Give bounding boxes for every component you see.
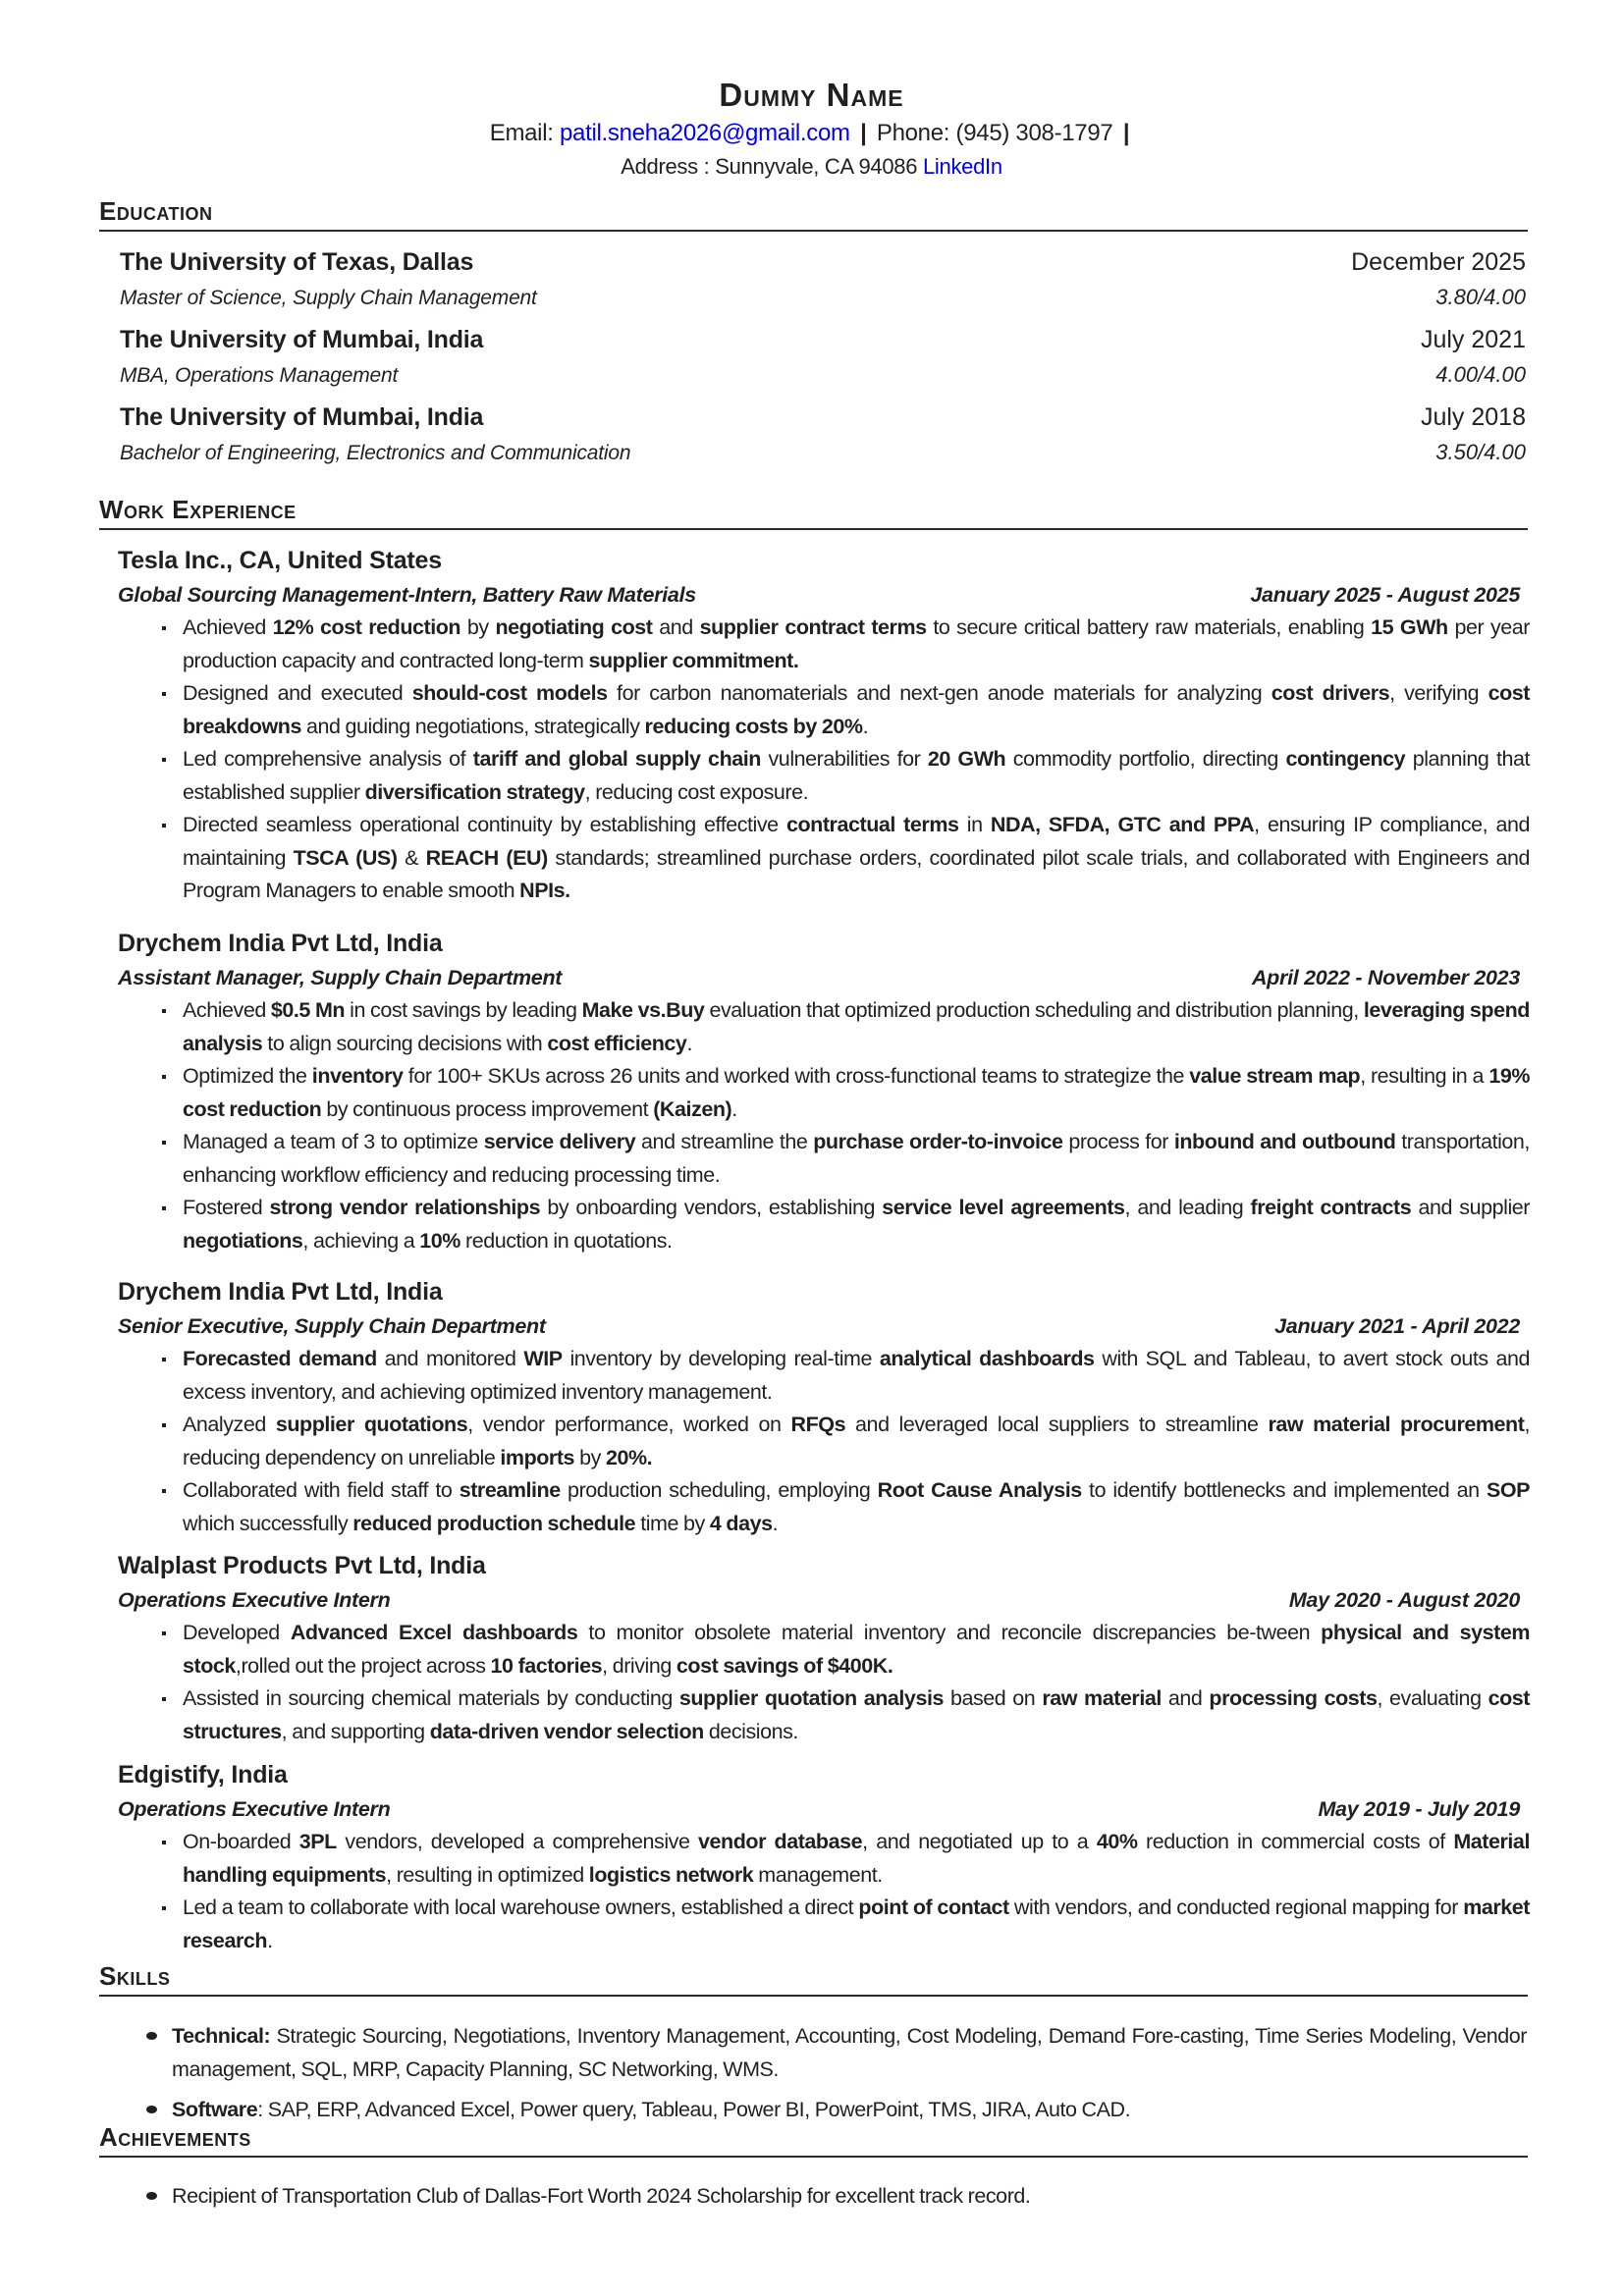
bold-text: supplier contract terms — [700, 615, 927, 639]
text: to align sourcing decisions with — [262, 1032, 547, 1055]
text: , and negotiated up to a — [862, 1830, 1097, 1853]
bold-text: inventory — [312, 1064, 404, 1088]
bold-text: service delivery — [484, 1130, 635, 1153]
job-title: Operations Executive Intern — [118, 1792, 390, 1826]
text: Developed — [183, 1621, 291, 1644]
graduation-date: July 2021 — [1421, 321, 1526, 358]
bold-text: streamline — [460, 1478, 561, 1502]
text: vendors, developed a comprehensive — [337, 1830, 698, 1853]
phone-number: (945) 308-1797 — [956, 120, 1113, 146]
bold-text: data-driven vendor selection — [430, 1720, 704, 1743]
job-entry: Walplast Products Pvt Ltd, IndiaOperatio… — [118, 1548, 1530, 1748]
school-name: The University of Mumbai, India — [120, 399, 483, 436]
bold-text: strong vendor relationships — [270, 1196, 541, 1219]
bullet-item: Collaborated with field staff to streaml… — [183, 1474, 1530, 1540]
bold-text: purchase order-to-invoice — [813, 1130, 1062, 1153]
job-entry: Tesla Inc., CA, United StatesGlobal Sour… — [118, 543, 1530, 908]
text: & — [398, 846, 426, 870]
education-row: The University of Mumbai, IndiaJuly 2018 — [120, 399, 1526, 436]
achievement-item: Recipient of Transportation Club of Dall… — [172, 2180, 1527, 2214]
job-dates: January 2021 - April 2022 — [1274, 1309, 1520, 1343]
job-title: Senior Executive, Supply Chain Departmen… — [118, 1309, 546, 1343]
linkedin-link[interactable]: LinkedIn — [923, 154, 1002, 179]
skill-item: Technical: Strategic Sourcing, Negotiati… — [172, 2020, 1527, 2086]
graduation-date: July 2018 — [1421, 399, 1526, 436]
address: Sunnyvale, CA 94086 — [715, 154, 917, 179]
section-title: Achievements — [99, 2122, 1528, 2156]
education-row: The University of Mumbai, IndiaJuly 2021 — [120, 321, 1526, 358]
job-dates: May 2020 - August 2020 — [1289, 1583, 1520, 1617]
text: ,rolled out the project across — [236, 1654, 491, 1678]
bullet-list: Achieved 12% cost reduction by negotiati… — [118, 612, 1530, 908]
bold-text: raw material procurement — [1268, 1413, 1524, 1436]
school-name: The University of Texas, Dallas — [120, 243, 473, 281]
text: to secure critical battery raw materials… — [927, 615, 1372, 639]
bold-text: processing costs — [1209, 1686, 1377, 1710]
text: reduction in quotations. — [460, 1229, 673, 1253]
job-entry: Drychem India Pvt Ltd, IndiaSenior Execu… — [118, 1274, 1530, 1540]
text: and supplier — [1411, 1196, 1530, 1219]
text: Fostered — [183, 1196, 270, 1219]
job-title-row: Operations Executive InternMay 2019 - Ju… — [118, 1792, 1530, 1826]
bullet-item: Developed Advanced Excel dashboards to m… — [183, 1617, 1530, 1682]
job-title-row: Operations Executive InternMay 2020 - Au… — [118, 1583, 1530, 1617]
bold-text: service level agreements — [882, 1196, 1124, 1219]
phone-label: Phone: — [877, 120, 949, 146]
bold-text: raw material — [1042, 1686, 1162, 1710]
text: , evaluating — [1378, 1686, 1488, 1710]
text: in cost savings by leading — [345, 998, 581, 1022]
job-title-row: Senior Executive, Supply Chain Departmen… — [118, 1309, 1530, 1343]
text: reduction in commercial costs of — [1138, 1830, 1454, 1853]
text: and guiding negotiations, strategically — [301, 715, 645, 738]
text: management. — [753, 1863, 883, 1887]
text: and streamline the — [635, 1130, 813, 1153]
bullet-list: Achieved $0.5 Mn in cost savings by lead… — [118, 994, 1530, 1257]
section-experience-heading: Work Experience — [99, 495, 1528, 530]
resume-page: Dummy Name Email: patil.sneha2026@gmail.… — [0, 0, 1623, 2296]
bold-text: 20%. — [606, 1446, 652, 1469]
text: which successfully — [183, 1512, 352, 1535]
bold-text: negotiating cost — [495, 615, 652, 639]
company-name: Drychem India Pvt Ltd, India — [118, 926, 1530, 961]
bold-text: diversification strategy — [365, 780, 585, 804]
text: Achieved — [183, 615, 273, 639]
separator: | — [860, 120, 866, 146]
bullet-list: On-boarded 3PL vendors, developed a comp… — [118, 1826, 1530, 1957]
job-title: Global Sourcing Management-Intern, Batte… — [118, 578, 696, 612]
bullet-item: Assisted in sourcing chemical materials … — [183, 1682, 1530, 1748]
achievements-list: Recipient of Transportation Club of Dall… — [172, 2180, 1527, 2221]
education-item: The University of Mumbai, IndiaJuly 2021… — [120, 321, 1526, 393]
bold-text: 40% — [1097, 1830, 1138, 1853]
education-list: The University of Texas, DallasDecember … — [120, 243, 1526, 476]
job-dates: April 2022 - November 2023 — [1252, 961, 1520, 994]
bold-text: supplier quotations — [276, 1413, 467, 1436]
text: Achieved — [183, 998, 271, 1022]
education-row: Master of Science, Supply Chain Manageme… — [120, 281, 1526, 315]
education-item: The University of Texas, DallasDecember … — [120, 243, 1526, 315]
gpa: 3.50/4.00 — [1435, 436, 1526, 469]
education-item: The University of Mumbai, IndiaJuly 2018… — [120, 399, 1526, 470]
bold-text: (Kaizen) — [653, 1097, 731, 1121]
bold-text: WIP — [523, 1347, 562, 1370]
text: , and supporting — [282, 1720, 430, 1743]
bold-text: 15 GWh — [1371, 615, 1448, 639]
text: Directed seamless operational continuity… — [183, 813, 786, 836]
text: On-boarded — [183, 1830, 299, 1853]
text: time by — [635, 1512, 710, 1535]
bold-text: Make vs.Buy — [582, 998, 705, 1022]
bold-text: NPIs. — [519, 879, 570, 902]
section-skills-heading: Skills — [99, 1961, 1528, 1997]
bold-text: 20 GWh — [928, 747, 1005, 771]
job-title: Operations Executive Intern — [118, 1583, 390, 1617]
separator: | — [1123, 120, 1129, 146]
text: to identify bottlenecks and implemented … — [1082, 1478, 1487, 1502]
text: Managed a team of 3 to optimize — [183, 1130, 484, 1153]
text: , and leading — [1125, 1196, 1251, 1219]
text: vulnerabilities for — [761, 747, 928, 771]
company-name: Walplast Products Pvt Ltd, India — [118, 1548, 1530, 1583]
text: and — [1162, 1686, 1210, 1710]
bullet-item: Achieved $0.5 Mn in cost savings by lead… — [183, 994, 1530, 1060]
bullet-item: Optimized the inventory for 100+ SKUs ac… — [183, 1060, 1530, 1126]
text: with vendors, and conducted regional map… — [1009, 1896, 1463, 1919]
bold-text: TSCA (US) — [294, 846, 398, 870]
bold-text: 10 factories — [491, 1654, 603, 1678]
text: inventory by developing real-time — [563, 1347, 880, 1370]
text: . — [267, 1929, 273, 1952]
bold-text: point of contact — [858, 1896, 1008, 1919]
bold-text: value stream map — [1189, 1064, 1360, 1088]
bold-text: supplier commitment. — [588, 649, 798, 672]
bullet-item: Achieved 12% cost reduction by negotiati… — [183, 612, 1530, 677]
text: commodity portfolio, directing — [1005, 747, 1285, 771]
bold-text: analytical dashboards — [880, 1347, 1095, 1370]
job-dates: January 2025 - August 2025 — [1250, 578, 1520, 612]
bold-text: SOP — [1487, 1478, 1530, 1502]
section-title: Education — [99, 196, 1528, 230]
bold-text: $0.5 Mn — [271, 998, 345, 1022]
text: decisions. — [704, 1720, 798, 1743]
job-entry: Edgistify, IndiaOperations Executive Int… — [118, 1757, 1530, 1957]
text: and — [653, 615, 700, 639]
text: , achieving a — [302, 1229, 419, 1253]
text: production scheduling, employing — [561, 1478, 878, 1502]
text: , reducing cost exposure. — [585, 780, 808, 804]
section-education-heading: Education — [99, 196, 1528, 232]
bold-text: REACH (EU) — [426, 846, 548, 870]
text: in — [959, 813, 991, 836]
job-entry: Drychem India Pvt Ltd, IndiaAssistant Ma… — [118, 926, 1530, 1257]
company-name: Tesla Inc., CA, United States — [118, 543, 1530, 578]
education-row: Bachelor of Engineering, Electronics and… — [120, 436, 1526, 470]
bullet-item: Directed seamless operational continuity… — [183, 809, 1530, 908]
bold-text: should-cost models — [412, 681, 608, 705]
bullet-item: Forecasted demand and monitored WIP inve… — [183, 1343, 1530, 1409]
bold-text: Advanced Excel dashboards — [291, 1621, 578, 1644]
text: to monitor obsolete material inventory a… — [577, 1621, 1321, 1644]
bold-text: imports — [500, 1446, 574, 1469]
text: , resulting in optimized — [386, 1863, 589, 1887]
text: . — [773, 1512, 779, 1535]
job-dates: May 2019 - July 2019 — [1318, 1792, 1520, 1826]
text: : SAP, ERP, Advanced Excel, Power query,… — [257, 2098, 1130, 2121]
text: Led comprehensive analysis of — [183, 747, 473, 771]
bold-text: cost efficiency — [547, 1032, 686, 1055]
text: Strategic Sourcing, Negotiations, Invent… — [172, 2024, 1527, 2081]
text: , vendor performance, worked on — [467, 1413, 790, 1436]
contact-line: Email: patil.sneha2026@gmail.com | Phone… — [0, 120, 1623, 147]
bullet-item: Led a team to collaborate with local war… — [183, 1892, 1530, 1957]
address-line: Address : Sunnyvale, CA 94086 LinkedIn — [0, 154, 1623, 180]
text: for 100+ SKUs across 26 units and worked… — [404, 1064, 1190, 1088]
bold-text: reduced production schedule — [352, 1512, 635, 1535]
job-title: Assistant Manager, Supply Chain Departme… — [118, 961, 562, 994]
school-name: The University of Mumbai, India — [120, 321, 483, 358]
section-title: Skills — [99, 1961, 1528, 1995]
bold-text: contingency — [1285, 747, 1405, 771]
bold-text: 4 days — [710, 1512, 773, 1535]
email-link[interactable]: patil.sneha2026@gmail.com — [560, 120, 850, 146]
gpa: 4.00/4.00 — [1435, 358, 1526, 392]
bold-text: supplier quotation analysis — [679, 1686, 944, 1710]
text: for carbon nanomaterials and next-gen an… — [608, 681, 1271, 705]
text: Analyzed — [183, 1413, 276, 1436]
company-name: Drychem India Pvt Ltd, India — [118, 1274, 1530, 1309]
bold-text: logistics network — [589, 1863, 753, 1887]
bullet-list: Developed Advanced Excel dashboards to m… — [118, 1617, 1530, 1748]
bold-text: tariff and global supply chain — [473, 747, 761, 771]
education-row: MBA, Operations Management4.00/4.00 — [120, 358, 1526, 393]
bullet-item: On-boarded 3PL vendors, developed a comp… — [183, 1826, 1530, 1892]
section-achievements-heading: Achievements — [99, 2122, 1528, 2158]
candidate-name: Dummy Name — [0, 77, 1623, 114]
bold-text: cost savings of $400K. — [676, 1654, 893, 1678]
bold-text: NDA, SFDA, GTC and PPA — [991, 813, 1254, 836]
degree: Master of Science, Supply Chain Manageme… — [120, 282, 537, 315]
skills-list: Technical: Strategic Sourcing, Negotiati… — [172, 2020, 1527, 2135]
bullet-item: Designed and executed should-cost models… — [183, 677, 1530, 743]
text: and leveraged local suppliers to streaml… — [845, 1413, 1268, 1436]
address-label: Address : — [621, 154, 709, 179]
text: and monitored — [377, 1347, 524, 1370]
text: , driving — [602, 1654, 676, 1678]
text: based on — [944, 1686, 1042, 1710]
text: by continuous process improvement — [321, 1097, 653, 1121]
text: process for — [1063, 1130, 1174, 1153]
job-title-row: Global Sourcing Management-Intern, Batte… — [118, 578, 1530, 612]
text: evaluation that optimized production sch… — [704, 998, 1363, 1022]
bold-text: 10% — [419, 1229, 460, 1253]
job-title-row: Assistant Manager, Supply Chain Departme… — [118, 961, 1530, 994]
bold-text: Technical: — [172, 2024, 270, 2048]
bullet-item: Analyzed supplier quotations, vendor per… — [183, 1409, 1530, 1474]
bold-text: reducing costs by 20% — [645, 715, 863, 738]
graduation-date: December 2025 — [1351, 243, 1526, 281]
degree: MBA, Operations Management — [120, 359, 398, 393]
bullet-item: Fostered strong vendor relationships by … — [183, 1192, 1530, 1257]
text: Designed and executed — [183, 681, 412, 705]
bullet-list: Forecasted demand and monitored WIP inve… — [118, 1343, 1530, 1540]
text: Collaborated with field staff to — [183, 1478, 460, 1502]
bold-text: Forecasted demand — [183, 1347, 377, 1370]
company-name: Edgistify, India — [118, 1757, 1530, 1792]
text: Assisted in sourcing chemical materials … — [183, 1686, 679, 1710]
email-label: Email: — [490, 120, 554, 146]
text: , verifying — [1389, 681, 1488, 705]
education-row: The University of Texas, DallasDecember … — [120, 243, 1526, 281]
bold-text: inbound and outbound — [1174, 1130, 1396, 1153]
bold-text: cost drivers — [1271, 681, 1389, 705]
text: Led a team to collaborate with local war… — [183, 1896, 858, 1919]
text: . — [863, 715, 869, 738]
text: Recipient of Transportation Club of Dall… — [172, 2184, 1030, 2208]
bullet-item: Led comprehensive analysis of tariff and… — [183, 743, 1530, 809]
gpa: 3.80/4.00 — [1435, 281, 1526, 314]
text: . — [686, 1032, 692, 1055]
section-title: Work Experience — [99, 495, 1528, 528]
text: Optimized the — [183, 1064, 312, 1088]
text: by — [460, 615, 495, 639]
bold-text: freight contracts — [1251, 1196, 1412, 1219]
text: , resulting in a — [1360, 1064, 1488, 1088]
bold-text: 12% cost reduction — [273, 615, 461, 639]
degree: Bachelor of Engineering, Electronics and… — [120, 437, 630, 470]
bold-text: contractual terms — [786, 813, 959, 836]
bullet-item: Managed a team of 3 to optimize service … — [183, 1126, 1530, 1192]
bold-text: RFQs — [791, 1413, 846, 1436]
bold-text: Root Cause Analysis — [878, 1478, 1082, 1502]
bold-text: 3PL — [299, 1830, 337, 1853]
text: by onboarding vendors, establishing — [540, 1196, 882, 1219]
bold-text: Software — [172, 2098, 257, 2121]
text: . — [731, 1097, 737, 1121]
text: by — [574, 1446, 606, 1469]
bold-text: vendor database — [698, 1830, 862, 1853]
bold-text: negotiations — [183, 1229, 302, 1253]
